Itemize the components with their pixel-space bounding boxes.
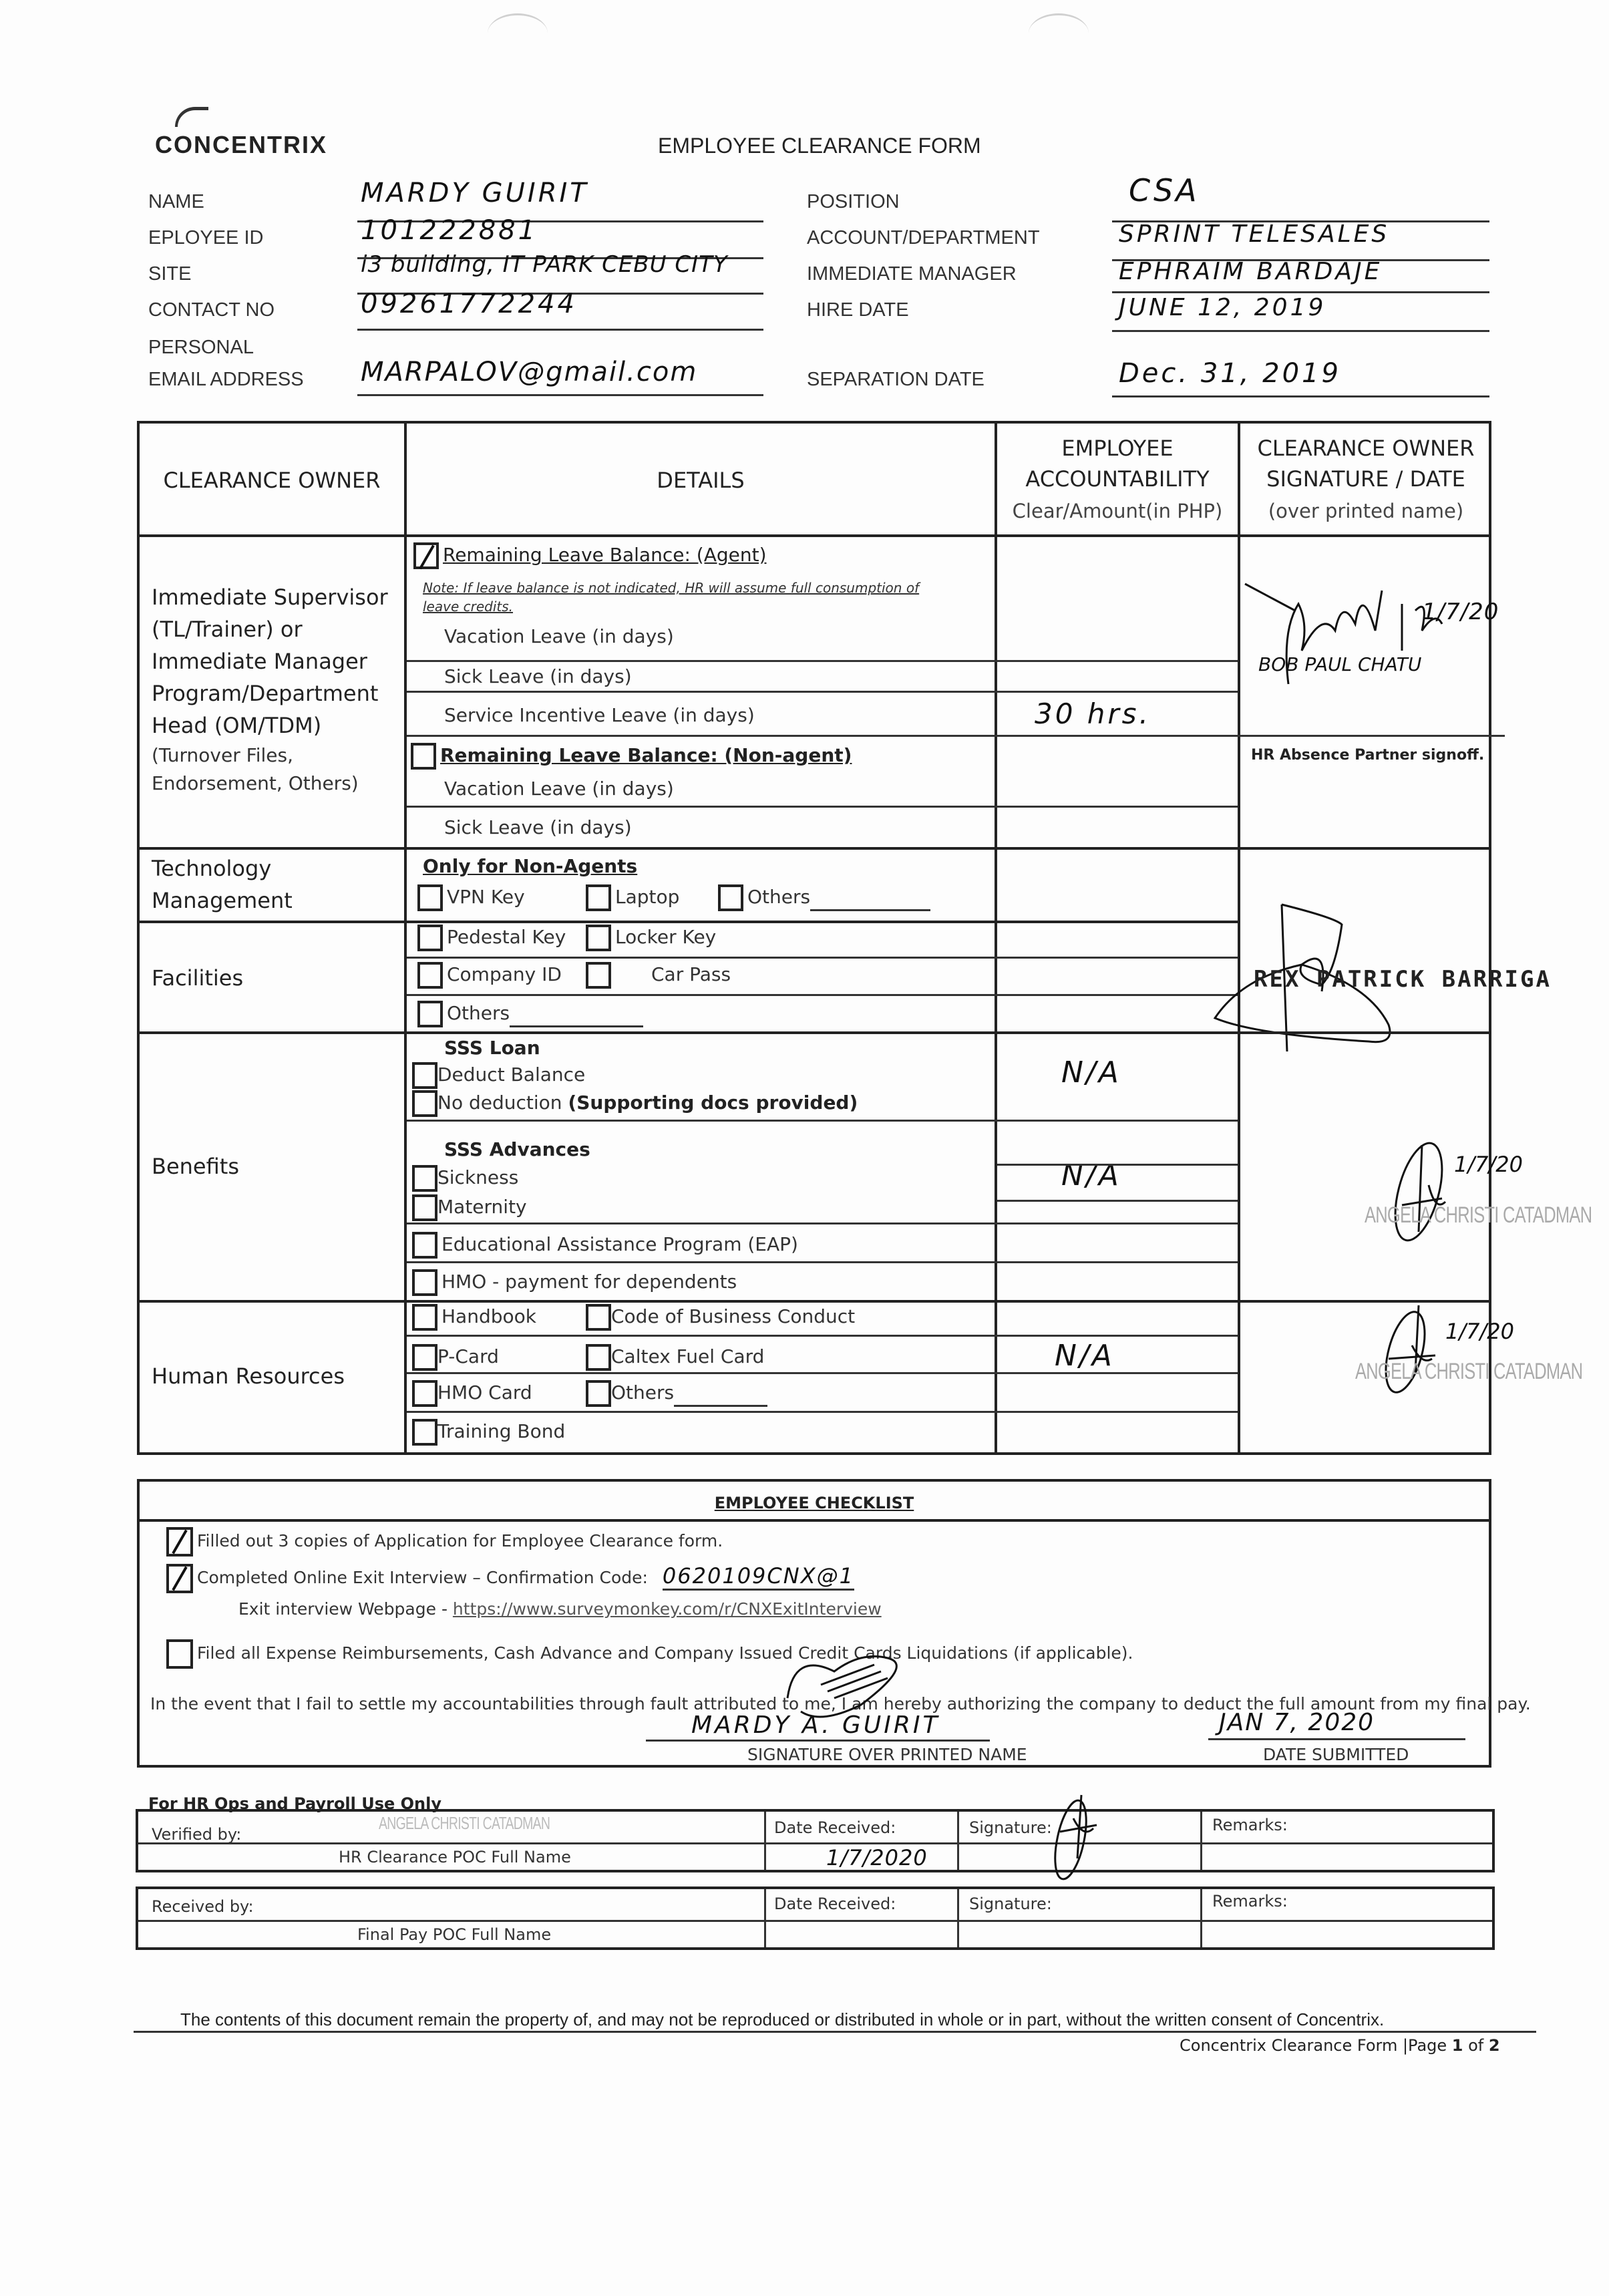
hr-sign-date: 1/7/20: [1445, 1319, 1514, 1344]
hr-name-stamp: ANGELA CHRISTI CATADMAN: [1355, 1359, 1582, 1385]
contact-no-label: CONTACT NO: [148, 299, 275, 321]
punch-hole-mark: [488, 13, 548, 53]
leave-balance-note: Note: If leave balance is not indicated,…: [423, 579, 957, 616]
footer-disclaimer: The contents of this document remain the…: [180, 2009, 1384, 2030]
p-card-checkbox-row[interactable]: P-Card: [412, 1344, 499, 1371]
nonagent-leave-checkbox-row[interactable]: Remaining Leave Balance: (Non-agent): [411, 743, 852, 770]
immediate-manager-field[interactable]: EPHRAIM BARDAJE: [1119, 258, 1382, 285]
final-pay-poc-caption: Final Pay POC Full Name: [357, 1925, 551, 1944]
sss-loan-header: SSS Loan: [444, 1037, 540, 1059]
verified-date-received-field[interactable]: 1/7/2020: [826, 1845, 928, 1870]
received-signature-label: Signature:: [969, 1895, 1052, 1913]
verified-remarks-label: Remarks:: [1212, 1816, 1288, 1834]
no-deduction-checkbox[interactable]: [412, 1090, 437, 1117]
verified-by-label: Verified by:: [152, 1825, 241, 1844]
name-field[interactable]: MARDY GUIRIT: [361, 178, 589, 208]
supervisor-sign-date: 1/7/20: [1422, 599, 1499, 625]
verified-date-received-label: Date Received:: [774, 1818, 896, 1837]
account-department-label: ACCOUNT/DEPARTMENT: [807, 227, 1040, 249]
maternity-checkbox[interactable]: [412, 1194, 437, 1221]
maternity-checkbox-row[interactable]: Maternity: [412, 1194, 527, 1221]
supervisor-signature: BOB PAUL CHATU: [1242, 570, 1489, 717]
caltex-fuel-card-checkbox-row[interactable]: Caltex Fuel Card: [586, 1344, 764, 1371]
email-address-label: EMAIL ADDRESS: [148, 369, 304, 391]
pedestal-key-checkbox[interactable]: [417, 925, 443, 951]
checklist-item-copies[interactable]: Filled out 3 copies of Application for E…: [166, 1527, 723, 1556]
verified-signature: [1047, 1792, 1107, 1885]
date-submitted-label: DATE SUBMITTED: [1263, 1745, 1409, 1764]
clearance-form-page: CONCENTRIX EMPLOYEE CLEARANCE FORM NAME …: [0, 0, 1609, 2296]
site-field[interactable]: i3 building, IT PARK CEBU CITY: [361, 251, 728, 278]
separation-date-field[interactable]: Dec. 31, 2019: [1119, 358, 1341, 389]
employee-id-field[interactable]: 101222881: [361, 215, 538, 246]
contact-no-field[interactable]: 09261772244: [361, 289, 577, 319]
facilities-name-stamp: REX PATRICK BARRIGA: [1254, 966, 1552, 993]
site-label: SITE: [148, 263, 191, 285]
expenses-checkbox[interactable]: [166, 1639, 193, 1669]
hr-others-checkbox-row[interactable]: Others: [586, 1380, 767, 1407]
non-agents-header: Only for Non-Agents: [423, 855, 637, 877]
verified-by-stamp: ANGELA CHRISTI CATADMAN: [379, 1813, 550, 1834]
date-submitted-field[interactable]: JAN 7, 2020: [1219, 1709, 1375, 1736]
verified-by-table: Verified by: ANGELA CHRISTI CATADMAN HR …: [136, 1809, 1495, 1872]
name-label: NAME: [148, 191, 204, 213]
owner-benefits: Benefits: [152, 1150, 239, 1182]
account-department-field[interactable]: SPRINT TELESALES: [1119, 220, 1389, 248]
handbook-checkbox-row[interactable]: Handbook: [412, 1304, 536, 1331]
header-signature: CLEARANCE OWNER SIGNATURE / DATE (over p…: [1240, 433, 1491, 526]
handbook-checkbox[interactable]: [412, 1304, 437, 1331]
eap-checkbox[interactable]: [412, 1232, 437, 1259]
clearance-table: CLEARANCE OWNER DETAILS EMPLOYEE ACCOUNT…: [137, 421, 1491, 1455]
agent-sil-value[interactable]: 30 hrs.: [1035, 697, 1151, 730]
received-by-label: Received by:: [152, 1897, 254, 1916]
training-bond-checkbox[interactable]: [412, 1419, 437, 1446]
checklist-title: EMPLOYEE CHECKLIST: [140, 1494, 1489, 1512]
exit-webpage-row: Exit interview Webpage - https://www.sur…: [238, 1599, 882, 1619]
immediate-manager-label: IMMEDIATE MANAGER: [807, 263, 1017, 285]
employee-checklist: EMPLOYEE CHECKLIST Filled out 3 copies o…: [137, 1479, 1491, 1768]
printed-name-field[interactable]: MARDY A. GUIRIT: [691, 1711, 940, 1739]
training-bond-checkbox-row[interactable]: Training Bond: [412, 1419, 565, 1446]
car-pass-checkbox-row[interactable]: Car Pass: [586, 962, 731, 989]
laptop-checkbox-row[interactable]: Laptop: [586, 884, 679, 911]
svg-text:BOB PAUL CHATU: BOB PAUL CHATU: [1258, 653, 1421, 675]
received-date-received-label: Date Received:: [774, 1895, 896, 1913]
hmo-card-checkbox[interactable]: [412, 1380, 437, 1407]
hire-date-label: HIRE DATE: [807, 299, 909, 321]
company-id-checkbox-row[interactable]: Company ID: [417, 962, 562, 989]
vpn-key-checkbox-row[interactable]: VPN Key: [417, 884, 525, 911]
checklist-item-expenses[interactable]: Filed all Expense Reimbursements, Cash A…: [166, 1639, 1133, 1669]
copies-checkbox[interactable]: [166, 1527, 193, 1556]
signature-over-printed-name-label: SIGNATURE OVER PRINTED NAME: [747, 1745, 1027, 1764]
facilities-others-checkbox[interactable]: [417, 1001, 443, 1027]
owner-human-resources: Human Resources: [152, 1360, 345, 1392]
concentrix-logo: CONCENTRIX: [155, 107, 327, 159]
agent-leave-checkbox-row[interactable]: Remaining Leave Balance: (Agent): [413, 542, 767, 569]
hr-absence-partner-signoff: HR Absence Partner signoff.: [1251, 747, 1484, 764]
personal-label: PERSONAL: [148, 337, 254, 359]
position-label: POSITION: [807, 191, 900, 213]
code-of-conduct-checkbox[interactable]: [586, 1304, 611, 1331]
facilities-others-checkbox-row[interactable]: Others: [417, 1001, 643, 1027]
hmo-dependents-checkbox-row[interactable]: HMO - payment for dependents: [412, 1269, 737, 1296]
position-field[interactable]: CSA: [1129, 172, 1200, 208]
benefits-sign-date: 1/7/20: [1454, 1152, 1523, 1177]
eap-checkbox-row[interactable]: Educational Assistance Program (EAP): [412, 1232, 798, 1259]
code-of-conduct-checkbox-row[interactable]: Code of Business Conduct: [586, 1304, 855, 1331]
hmo-dependents-checkbox[interactable]: [412, 1269, 437, 1296]
sss-advances-header: SSS Advances: [444, 1138, 590, 1160]
locker-key-checkbox-row[interactable]: Locker Key: [586, 925, 716, 951]
nonagent-vacation-leave-label: Vacation Leave (in days): [444, 778, 674, 800]
exit-interview-checkbox[interactable]: [166, 1564, 193, 1593]
footer-page-number: Concentrix Clearance Form |Page 1 of 2: [1180, 2036, 1500, 2055]
car-pass-checkbox[interactable]: [586, 962, 611, 989]
hire-date-field[interactable]: JUNE 12, 2019: [1119, 294, 1326, 321]
owner-facilities: Facilities: [152, 962, 243, 994]
form-title: EMPLOYEE CLEARANCE FORM: [658, 134, 981, 158]
hmo-card-checkbox-row[interactable]: HMO Card: [412, 1380, 532, 1407]
hr-clearance-poc-caption: HR Clearance POC Full Name: [339, 1848, 571, 1866]
logo-text: CONCENTRIX: [155, 131, 327, 159]
owner-technology: Technology Management: [152, 852, 293, 917]
locker-key-checkbox[interactable]: [586, 925, 611, 951]
nonagent-sick-leave-label: Sick Leave (in days): [444, 816, 632, 838]
received-remarks-label: Remarks:: [1212, 1892, 1288, 1911]
verified-signature-label: Signature:: [969, 1818, 1052, 1837]
header-accountability: EMPLOYEE ACCOUNTABILITY Clear/Amount(in …: [997, 433, 1238, 526]
hr-others-checkbox[interactable]: [586, 1380, 611, 1407]
agent-leave-checkbox[interactable]: [413, 542, 439, 569]
benefits-name-stamp: ANGELA CHRISTI CATADMAN: [1365, 1202, 1592, 1228]
deduct-balance-checkbox[interactable]: [412, 1062, 437, 1089]
header-details: DETAILS: [407, 465, 995, 496]
confirmation-code-field[interactable]: 0620109CNX@1: [663, 1563, 854, 1591]
employee-id-label: EPLOYEE ID: [148, 227, 263, 249]
agent-vacation-leave-label: Vacation Leave (in days): [444, 625, 674, 647]
sickness-checkbox-row[interactable]: Sickness: [412, 1165, 518, 1192]
checklist-item-exit-interview[interactable]: Completed Online Exit Interview – Confir…: [166, 1563, 854, 1593]
agent-sil-label: Service Incentive Leave (in days): [444, 704, 755, 726]
deduct-balance-checkbox-row[interactable]: Deduct Balance: [412, 1062, 585, 1089]
logo-arc-icon: [175, 107, 208, 127]
sss-loan-value[interactable]: N/A: [1061, 1055, 1121, 1090]
tech-others-checkbox[interactable]: [718, 884, 743, 911]
punch-hole-mark: [1029, 13, 1089, 53]
p-card-checkbox[interactable]: [412, 1344, 437, 1371]
laptop-checkbox[interactable]: [586, 884, 611, 911]
caltex-fuel-card-checkbox[interactable]: [586, 1344, 611, 1371]
email-field[interactable]: MARPALOV@gmail.com: [361, 357, 697, 387]
no-deduction-checkbox-row[interactable]: No deduction (Supporting docs provided): [412, 1090, 858, 1117]
header-clearance-owner: CLEARANCE OWNER: [140, 465, 404, 496]
owner-supervisor: Immediate Supervisor (TL/Trainer) or Imm…: [152, 581, 388, 798]
received-by-table: Received by: Final Pay POC Full Name Dat…: [136, 1887, 1495, 1950]
tech-others-checkbox-row[interactable]: Others: [718, 884, 930, 911]
pedestal-key-checkbox-row[interactable]: Pedestal Key: [417, 925, 566, 951]
vpn-key-checkbox[interactable]: [417, 884, 443, 911]
nonagent-leave-checkbox[interactable]: [411, 743, 436, 770]
exit-webpage-link[interactable]: https://www.surveymonkey.com/r/CNXExitIn…: [453, 1599, 882, 1619]
company-id-checkbox[interactable]: [417, 962, 443, 989]
separation-date-label: SEPARATION DATE: [807, 369, 985, 391]
sickness-checkbox[interactable]: [412, 1165, 437, 1192]
agent-sick-leave-label: Sick Leave (in days): [444, 665, 632, 687]
hr-value[interactable]: N/A: [1055, 1339, 1115, 1373]
